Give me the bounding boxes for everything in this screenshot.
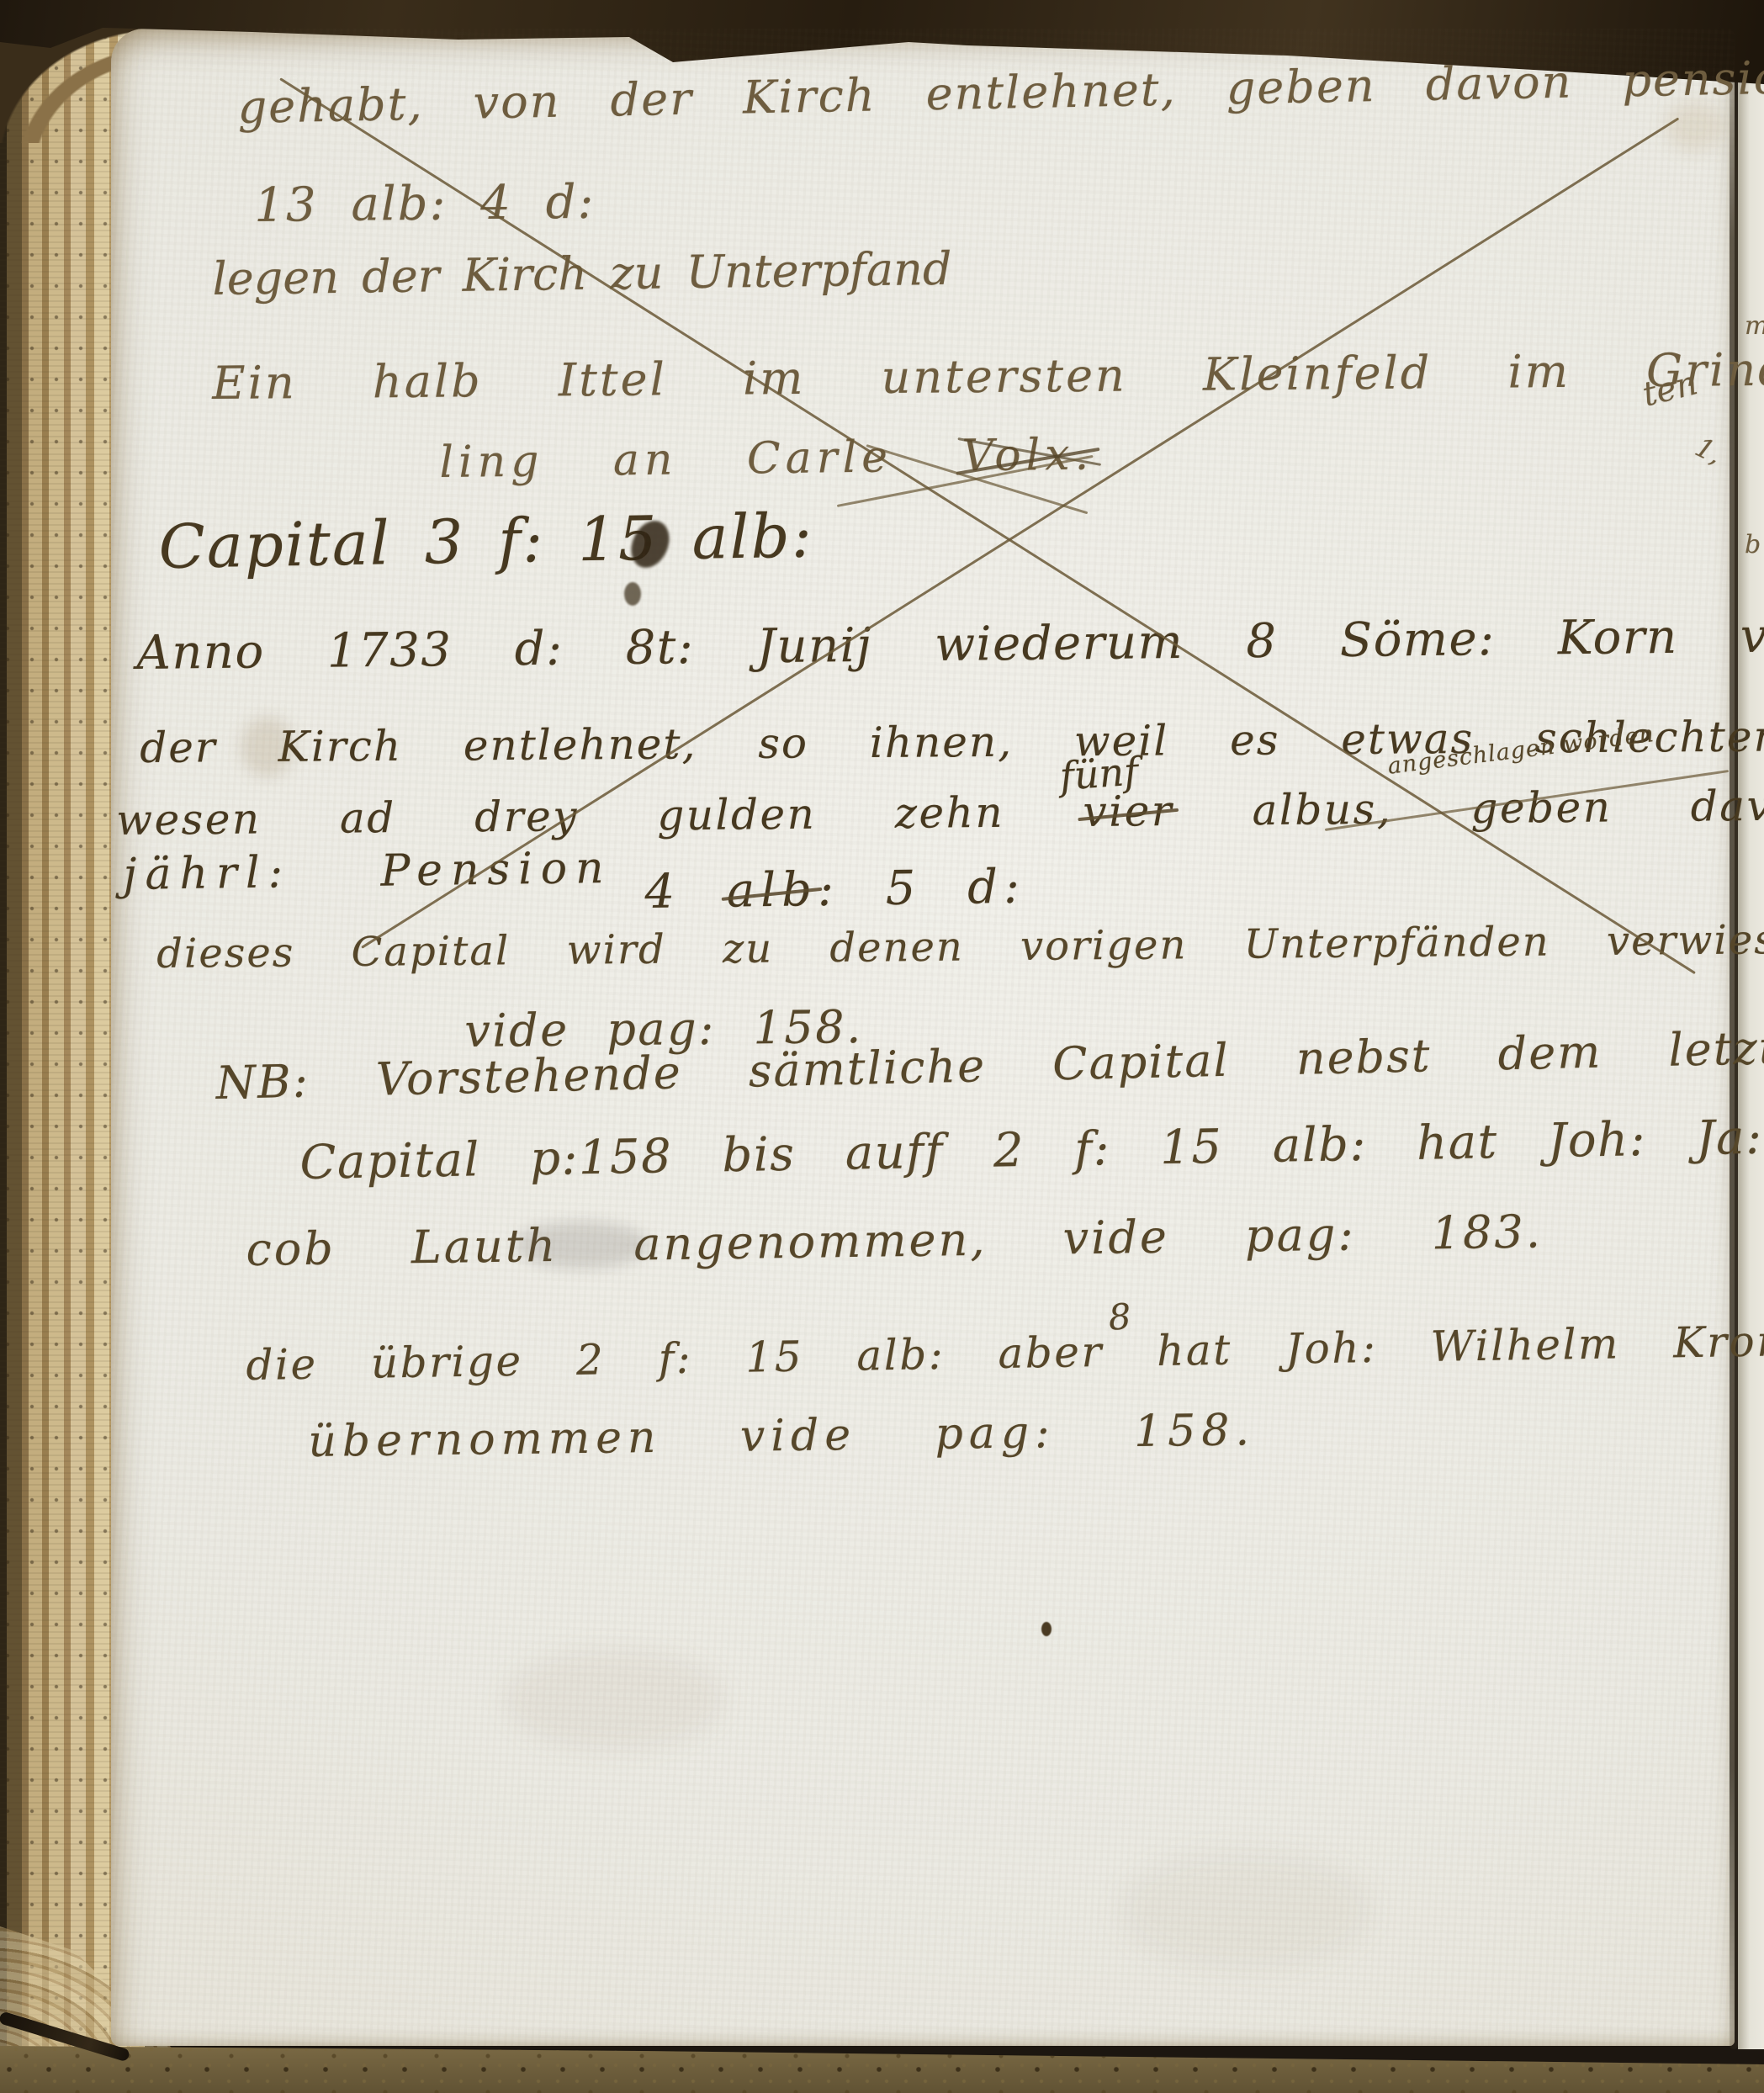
handwriting-line: 4 alb: 5 d: bbox=[644, 860, 1025, 919]
handwriting-segment: : 5 d: bbox=[818, 860, 1026, 917]
handwriting-line-capital-heading: Capital 3 f: 15 alb: bbox=[158, 500, 814, 582]
superscript-correction: fünf bbox=[1058, 748, 1140, 798]
ink-speck bbox=[1041, 1622, 1052, 1636]
struck-out-word: alb bbox=[726, 862, 818, 919]
foxing-stain bbox=[241, 717, 294, 777]
foxing-stain bbox=[1666, 101, 1724, 151]
handwriting-line: 13 alb: 4 d: bbox=[254, 175, 596, 233]
ink-blot bbox=[624, 582, 641, 606]
handwriting-line: legen der Kirch zu Unterpfand bbox=[212, 242, 952, 305]
smudge-stain bbox=[515, 1221, 649, 1269]
handwriting-segment: 4 bbox=[644, 864, 727, 919]
scanned-manuscript-scene: m b gehabt, von der Kirch entlehnet, geb… bbox=[0, 0, 1764, 2093]
next-page-text-fragment: m bbox=[1745, 311, 1764, 341]
handwriting-line: jährl: Pension bbox=[123, 843, 612, 900]
faint-stain bbox=[1119, 1851, 1371, 1968]
struck-out-name: Volx. bbox=[961, 429, 1094, 481]
faint-stain bbox=[505, 1649, 723, 1750]
handwriting-line: ling an Carle Volx. bbox=[439, 429, 1094, 487]
next-page-text-fragment: b bbox=[1745, 530, 1761, 559]
